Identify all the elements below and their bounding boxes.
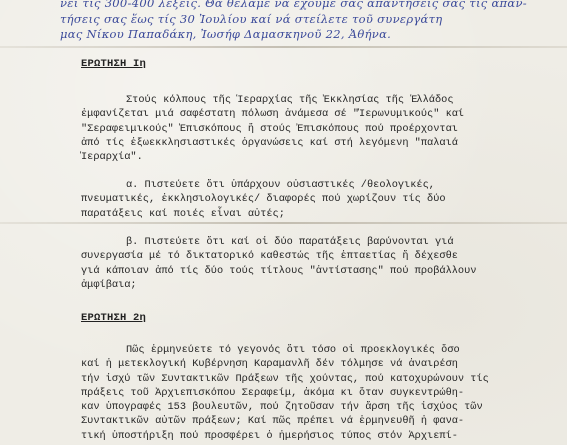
paper-fold-line	[0, 222, 567, 224]
text-line: "Σεραφειμικούς" Ἐπισκόπους ἤ στούς Ἐπισκ…	[81, 122, 521, 136]
question-2-heading: ΕΡΩΤΗΣΗ 2η	[81, 312, 146, 324]
text-line: παρατάξεις καί ποιές εἶναι αὐτές;	[81, 207, 521, 221]
question-1-intro: Στούς κόλπους τῆς Ἱεραρχίας τῆς Ἐκκλησία…	[81, 93, 521, 164]
question-1-heading: ΕΡΩΤΗΣΗ Ιη	[81, 58, 146, 70]
paper-fold-line	[0, 46, 567, 48]
text-line: τική ὑποστήριξη πού προσφέρει ὁ ἡμερήσιο…	[81, 429, 521, 443]
text-line: β. Πιστεύετε ὅτι καί οἱ δύο παρατάξεις β…	[81, 235, 521, 249]
text-line: πνευματικές, ἐκκλησιολογικές/ διαφορές π…	[81, 192, 521, 206]
text-line: γιά κάποιαν ἀπό τίς δύο τούς τίτλους "ἀν…	[81, 264, 521, 278]
text-line: ἀπό τίς ἐξωεκκλησιαστικές ὀργανώσεις καί…	[81, 136, 521, 150]
handwritten-note: νει τίς 300-400 λέξεις. Θά θέλαμε νά έχο…	[60, 0, 530, 43]
text-line: συνεργασία μέ τό δικτατορικό καθεστώς τῆ…	[81, 249, 521, 263]
text-line: Στούς κόλπους τῆς Ἱεραρχίας τῆς Ἐκκλησία…	[81, 93, 521, 107]
text-line: τήν ἰσχύ τῶν Συντακτικῶν Πράξεων τῆς χού…	[81, 372, 521, 386]
text-line: καί ἡ μετεκλογική Κυβέρνηση Καραμανλῆ δέ…	[81, 357, 521, 371]
text-line: Πῶς ἑρμηνεύετε τό γεγονός ὅτι τόσο οἱ πρ…	[81, 343, 521, 357]
text-line: ἐμφανίζεται μιά σαφέστατη πόλωση ἀνάμεσα…	[81, 107, 521, 121]
text-line: Συντακτικῶν αὐτῶν πράξεων; Καί πῶς πρέπε…	[81, 414, 521, 428]
text-line: καν ὑπογραφές 153 βουλευτῶν, πού ζητοῦσα…	[81, 400, 521, 414]
handwritten-line: τήσεις σας ἕως τίς 30 Ἰουλίου καί νά στε…	[60, 12, 530, 28]
question-1-item-b: β. Πιστεύετε ὅτι καί οἱ δύο παρατάξεις β…	[81, 235, 521, 292]
question-1-item-a: α. Πιστεύετε ὅτι ὑπάρχουν οὐσιαστικές /θ…	[81, 178, 521, 221]
handwritten-line: μας Νίκου Παπαδάκη, Ἰωσήφ Δαμασκηνοῦ 22,…	[60, 27, 530, 43]
question-2-body: Πῶς ἑρμηνεύετε τό γεγονός ὅτι τόσο οἱ πρ…	[81, 343, 521, 443]
text-line: α. Πιστεύετε ὅτι ὑπάρχουν οὐσιαστικές /θ…	[81, 178, 521, 192]
text-line: πράξεις τοῦ Ἀρχιεπισκόπου Σεραφείμ, ἀκόμ…	[81, 386, 521, 400]
handwritten-line: νει τίς 300-400 λέξεις. Θά θέλαμε νά έχο…	[60, 0, 530, 12]
text-line: Ἱεραρχία".	[81, 150, 521, 164]
text-line: ἀμφίβαια;	[81, 278, 521, 292]
scanned-document-page: νει τίς 300-400 λέξεις. Θά θέλαμε νά έχο…	[0, 0, 567, 445]
